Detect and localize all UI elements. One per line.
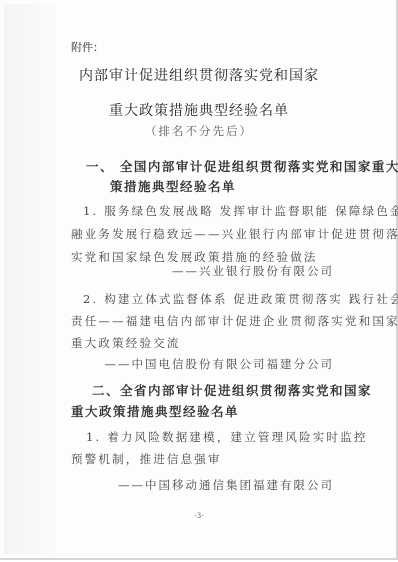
section-2-item-1-line1: 1. 着力风险数据建模，建立管理风险实时监控 <box>86 429 368 445</box>
section-2-heading-line1: 二、全省内部审计促进组织贯彻落实党和国家 <box>92 381 372 399</box>
document-title-line2: 重大政策措施典型经验名单 <box>0 100 398 120</box>
section-1-item-1-line2: 融业务发展行稳致远——兴业银行内部审计促进贯彻落 <box>71 226 398 242</box>
section-1-heading-line1: 一、 全国内部审计促进组织贯彻落实党和国家重大政 <box>86 157 398 175</box>
section-1-item-2-line3: 重大政策经验交流 <box>71 335 181 351</box>
section-1-heading-line2: 策措施典型经验名单 <box>110 177 236 195</box>
section-1-item-2-line2: 责任——福建电信内部审计促进企业贯彻落实党和国家 <box>71 313 398 329</box>
page-number: -3- <box>0 512 398 520</box>
section-1-item-1-line1: 1. 服务绿色发展战略 发挥审计监督职能 保障绿色金 <box>83 203 398 219</box>
ranking-note: （排名不分先后） <box>0 123 398 139</box>
document-page: 附件： 内部审计促进组织贯彻落实党和国家 重大政策措施典型经验名单 （排名不分先… <box>0 0 398 560</box>
section-2-heading-line2: 重大政策措施典型经验名单 <box>71 402 239 420</box>
section-1-item-1-organization: ——兴业银行股份有限公司 <box>172 263 334 279</box>
scan-gutter <box>4 4 56 554</box>
section-1-item-2-line1: 2. 构建立体式监督体系 促进政策贯彻落实 践行社会 <box>83 291 398 307</box>
section-2-item-1-organization: ——中国移动通信集团福建有限公司 <box>118 477 334 493</box>
document-title-line1: 内部审计促进组织贯彻落实党和国家 <box>0 65 398 85</box>
attachment-label: 附件： <box>71 39 104 55</box>
section-1-item-2-organization: ——中国电信股份有限公司福建分公司 <box>105 356 335 372</box>
section-2-item-1-line2: 预警机制，推进信息强审 <box>71 451 222 467</box>
